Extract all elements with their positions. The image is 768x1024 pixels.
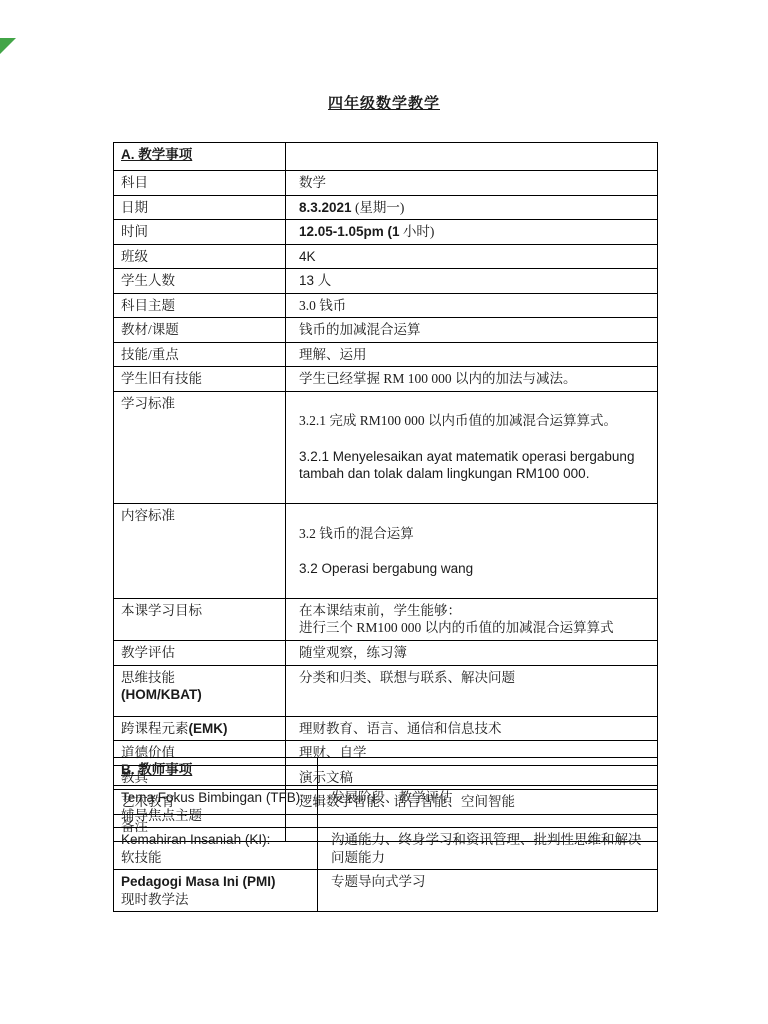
row-value: 随堂观察，练习簿 bbox=[286, 641, 658, 666]
row-value: 发展阶段、教学评估 bbox=[318, 786, 658, 828]
row-value: 3.2 钱币的混合运算 3.2 Operasi bergabung wang bbox=[286, 504, 658, 599]
row-label-latin: Pedagogi Masa Ini (PMI) bbox=[121, 873, 309, 891]
page-title: 四年级数学教学 bbox=[0, 92, 768, 113]
time-duration: 小时) bbox=[400, 224, 435, 239]
row-label: 科目 bbox=[114, 171, 286, 196]
table-a-header-row: A. 教学事项 bbox=[114, 143, 658, 171]
row-value: 理解、运用 bbox=[286, 342, 658, 367]
row-label-zh: 跨课程元素 bbox=[121, 721, 189, 736]
row-label-zh: 软技能 bbox=[121, 849, 309, 867]
table-row: 学生人数 13 人 bbox=[114, 269, 658, 294]
row-value: 学生已经掌握 RM 100 000 以内的加法与减法。 bbox=[286, 367, 658, 392]
table-b-header-empty-cell bbox=[318, 758, 658, 786]
row-label-en: (EMK) bbox=[189, 721, 228, 736]
row-value: 钱币的加减混合运算 bbox=[286, 318, 658, 343]
table-row: 科目 数学 bbox=[114, 171, 658, 196]
row-label: 内容标准 bbox=[114, 504, 286, 599]
table-row: 教学评估 随堂观察，练习簿 bbox=[114, 641, 658, 666]
standard-zh: 3.2.1 完成 RM100 000 以内币值的加减混合运算算式。 bbox=[299, 412, 649, 430]
table-a-header-empty-cell bbox=[286, 143, 658, 171]
row-label-latin: Kemahiran Insaniah (KI): bbox=[121, 831, 309, 849]
table-row: 学生旧有技能 学生已经掌握 RM 100 000 以内的加法与减法。 bbox=[114, 367, 658, 392]
standard-ms: 3.2.1 Menyelesaikan ayat matematik opera… bbox=[299, 448, 649, 483]
table-b-header: B. 教师事项 bbox=[121, 762, 192, 777]
table-row: Tema Fokus Bimbingan (TFB): 辅导焦点主题 发展阶段、… bbox=[114, 786, 658, 828]
table-row: 跨课程元素(EMK) 理财教育、语言、通信和信息技术 bbox=[114, 716, 658, 741]
row-value: 4K bbox=[286, 244, 658, 269]
table-row: 思维技能 (HOM/KBAT) 分类和归类、联想与联系、解决问题 bbox=[114, 665, 658, 716]
row-label: 思维技能 (HOM/KBAT) bbox=[114, 665, 286, 716]
row-label: 班级 bbox=[114, 244, 286, 269]
row-value: 数学 bbox=[286, 171, 658, 196]
table-row: 教材/课题 钱币的加减混合运算 bbox=[114, 318, 658, 343]
row-label: 学习标准 bbox=[114, 391, 286, 503]
table-row: Kemahiran Insaniah (KI): 软技能 沟通能力、终身学习和资… bbox=[114, 828, 658, 870]
row-value: 分类和归类、联想与联系、解决问题 bbox=[286, 665, 658, 716]
row-label-zh: 思维技能 bbox=[121, 669, 277, 687]
row-label: 时间 bbox=[114, 220, 286, 245]
row-label: 教材/课题 bbox=[114, 318, 286, 343]
row-value: 理财教育、语言、通信和信息技术 bbox=[286, 716, 658, 741]
row-value: 13 人 bbox=[286, 269, 658, 294]
page-corner-marker bbox=[0, 38, 16, 54]
table-row: 学习标准 3.2.1 完成 RM100 000 以内币值的加减混合运算算式。 3… bbox=[114, 391, 658, 503]
row-label: 跨课程元素(EMK) bbox=[114, 716, 286, 741]
table-b-header-row: B. 教师事项 bbox=[114, 758, 658, 786]
table-row: 本课学习目标 在本课结束前，学生能够： 进行三个 RM100 000 以内的币值… bbox=[114, 598, 658, 640]
time-value: 12.05-1.05pm (1 bbox=[299, 224, 400, 239]
row-label: Pedagogi Masa Ini (PMI) 现时教学法 bbox=[114, 870, 318, 912]
content-standard-ms: 3.2 Operasi bergabung wang bbox=[299, 560, 649, 578]
row-label: 技能/重点 bbox=[114, 342, 286, 367]
table-b-header-cell: B. 教师事项 bbox=[114, 758, 318, 786]
row-value: 8.3.2021 (星期一) bbox=[286, 195, 658, 220]
row-label: Tema Fokus Bimbingan (TFB): 辅导焦点主题 bbox=[114, 786, 318, 828]
row-label: 日期 bbox=[114, 195, 286, 220]
row-label: 本课学习目标 bbox=[114, 598, 286, 640]
table-row: 日期 8.3.2021 (星期一) bbox=[114, 195, 658, 220]
table-row: 科目主题 3.0 钱币 bbox=[114, 293, 658, 318]
date-value: 8.3.2021 bbox=[299, 200, 352, 215]
table-a-header-cell: A. 教学事项 bbox=[114, 143, 286, 171]
row-label-zh: 辅导焦点主题 bbox=[121, 807, 309, 825]
row-label: 学生人数 bbox=[114, 269, 286, 294]
date-weekday: (星期一) bbox=[352, 200, 405, 215]
row-label: 学生旧有技能 bbox=[114, 367, 286, 392]
row-value: 在本课结束前，学生能够： 进行三个 RM100 000 以内的币值的加减混合运算… bbox=[286, 598, 658, 640]
row-value: 3.0 钱币 bbox=[286, 293, 658, 318]
row-label-zh: 现时教学法 bbox=[121, 891, 309, 909]
table-row: 技能/重点 理解、运用 bbox=[114, 342, 658, 367]
row-value: 12.05-1.05pm (1 小时) bbox=[286, 220, 658, 245]
row-label: Kemahiran Insaniah (KI): 软技能 bbox=[114, 828, 318, 870]
teacher-info-table: B. 教师事项 Tema Fokus Bimbingan (TFB): 辅导焦点… bbox=[113, 757, 658, 912]
table-row: Pedagogi Masa Ini (PMI) 现时教学法 专题导向式学习 bbox=[114, 870, 658, 912]
table-a-header: A. 教学事项 bbox=[121, 147, 192, 162]
row-label-latin: Tema Fokus Bimbingan (TFB): bbox=[121, 789, 309, 807]
lesson-info-table: A. 教学事项 科目 数学 日期 8.3.2021 (星期一) 时间 12.05… bbox=[113, 142, 658, 842]
row-label: 教学评估 bbox=[114, 641, 286, 666]
table-row: 时间 12.05-1.05pm (1 小时) bbox=[114, 220, 658, 245]
row-label-en: (HOM/KBAT) bbox=[121, 686, 277, 704]
table-row: 班级 4K bbox=[114, 244, 658, 269]
row-value: 3.2.1 完成 RM100 000 以内币值的加减混合运算算式。 3.2.1 … bbox=[286, 391, 658, 503]
content-standard-zh: 3.2 钱币的混合运算 bbox=[299, 525, 649, 543]
row-label: 科目主题 bbox=[114, 293, 286, 318]
table-row: 内容标准 3.2 钱币的混合运算 3.2 Operasi bergabung w… bbox=[114, 504, 658, 599]
row-value: 专题导向式学习 bbox=[318, 870, 658, 912]
row-value: 沟通能力、终身学习和资讯管理、批判性思维和解决问题能力 bbox=[318, 828, 658, 870]
